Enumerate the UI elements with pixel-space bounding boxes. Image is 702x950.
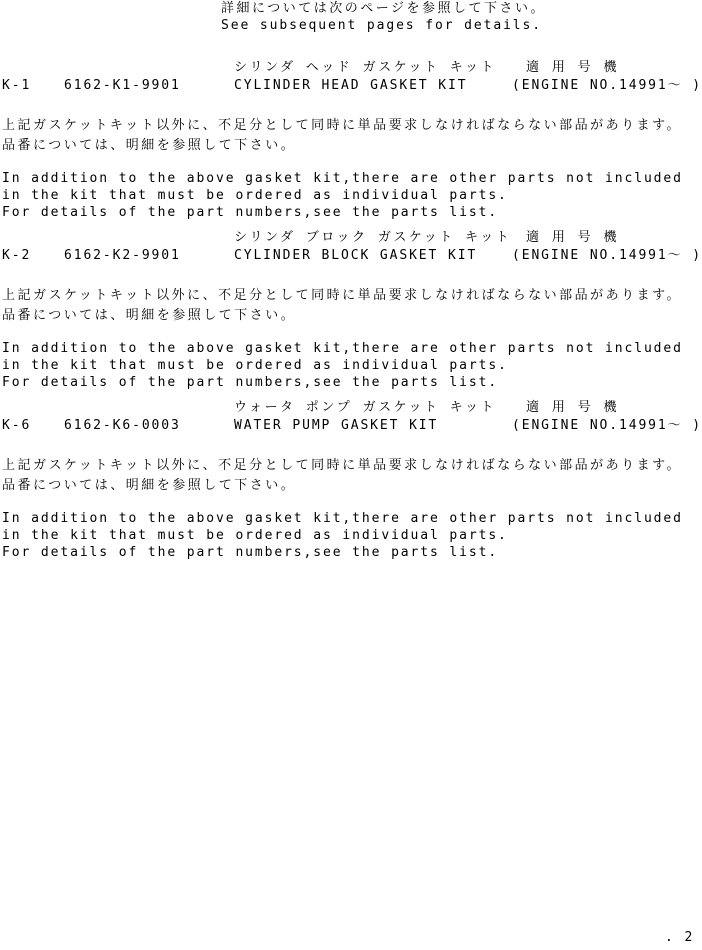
kit-part-number: 6162-K2-9901 [64, 249, 181, 262]
kit-number: K-2 [2, 249, 31, 262]
engine-range: (ENGINE NO.14991～ ) [512, 249, 702, 262]
kit-section-k1: シリンダ ヘッド ガスケット キット 適 用 号 機 K-1 6162-K1-9… [0, 61, 702, 231]
note-en-line-1: In addition to the above gasket kit,ther… [2, 342, 683, 355]
document-page: 詳細については次のページを参照して下さい。 See subsequent pag… [0, 0, 702, 950]
note-en-line-3: For details of the part numbers,see the … [2, 546, 498, 559]
heading-en: See subsequent pages for details. [221, 19, 542, 32]
note-en-line-3: For details of the part numbers,see the … [2, 376, 498, 389]
note-ja-line-1: 上記ガスケットキット以外に、不足分として同時に単品要求しなければならない部品があ… [2, 119, 682, 132]
kit-name-en: CYLINDER HEAD GASKET KIT [234, 79, 467, 92]
kit-title-ja: シリンダ ブロック ガスケット キット [234, 231, 511, 244]
kit-number: K-1 [2, 79, 31, 92]
note-ja-line-1: 上記ガスケットキット以外に、不足分として同時に単品要求しなければならない部品があ… [2, 459, 682, 472]
note-en-line-2: in the kit that must be ordered as indiv… [2, 189, 508, 202]
kit-part-number: 6162-K1-9901 [64, 79, 181, 92]
note-ja-line-2: 品番については、明細を参照して下さい。 [2, 139, 296, 152]
note-en-line-3: For details of the part numbers,see the … [2, 206, 498, 219]
note-en-line-1: In addition to the above gasket kit,ther… [2, 512, 683, 525]
kit-part-number: 6162-K6-0003 [64, 419, 181, 432]
note-ja-line-2: 品番については、明細を参照して下さい。 [2, 479, 296, 492]
applicable-label: 適 用 号 機 [526, 61, 619, 74]
note-en-line-1: In addition to the above gasket kit,ther… [2, 172, 683, 185]
kit-name-en: WATER PUMP GASKET KIT [234, 419, 438, 432]
engine-range: (ENGINE NO.14991～ ) [512, 419, 702, 432]
kit-name-en: CYLINDER BLOCK GASKET KIT [234, 249, 477, 262]
applicable-label: 適 用 号 機 [526, 231, 619, 244]
heading-ja: 詳細については次のページを参照して下さい。 [221, 2, 546, 15]
kit-title-ja: シリンダ ヘッド ガスケット キット [234, 61, 496, 74]
kit-section-k6: ウォータ ポンプ ガスケット キット 適 用 号 機 K-6 6162-K6-0… [0, 401, 702, 571]
engine-range: (ENGINE NO.14991～ ) [512, 79, 702, 92]
note-ja-line-2: 品番については、明細を参照して下さい。 [2, 309, 296, 322]
kit-number: K-6 [2, 419, 31, 432]
applicable-label: 適 用 号 機 [526, 401, 619, 414]
note-en-line-2: in the kit that must be ordered as indiv… [2, 359, 508, 372]
page-number: . 2 [665, 931, 694, 944]
note-ja-line-1: 上記ガスケットキット以外に、不足分として同時に単品要求しなければならない部品があ… [2, 289, 682, 302]
kit-section-k2: シリンダ ブロック ガスケット キット 適 用 号 機 K-2 6162-K2-… [0, 231, 702, 401]
note-en-line-2: in the kit that must be ordered as indiv… [2, 529, 508, 542]
kit-title-ja: ウォータ ポンプ ガスケット キット [234, 401, 496, 414]
